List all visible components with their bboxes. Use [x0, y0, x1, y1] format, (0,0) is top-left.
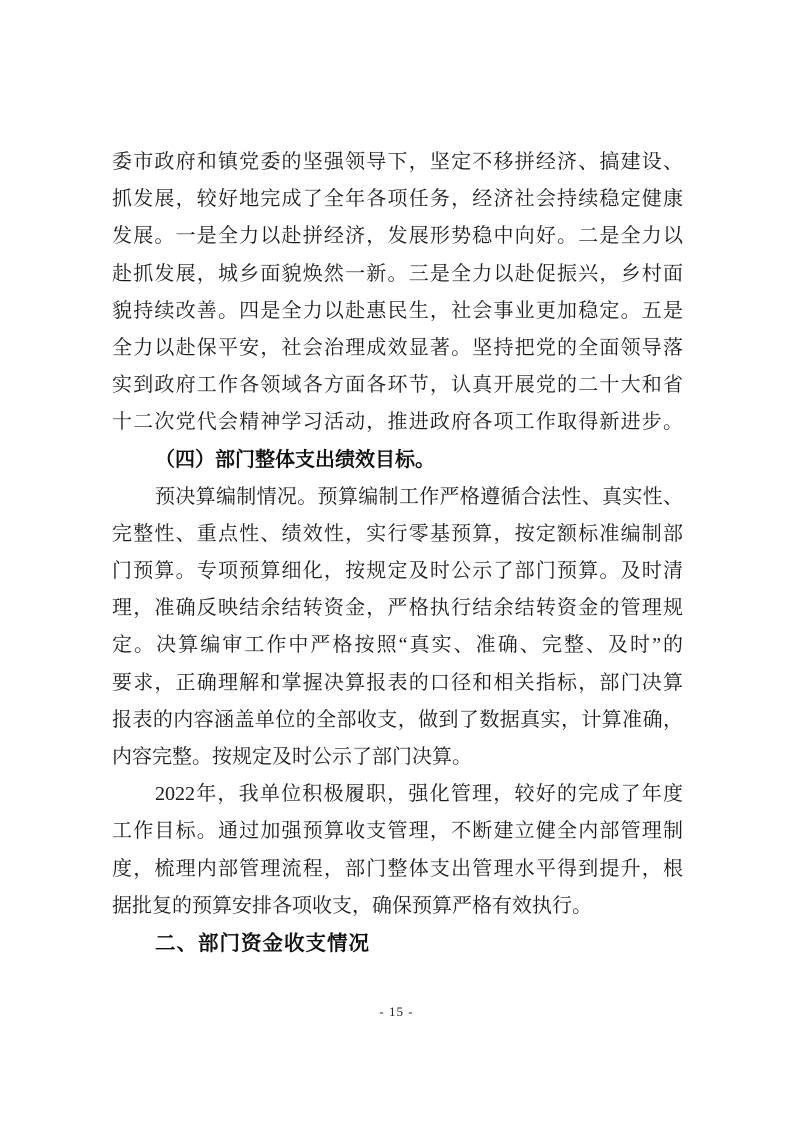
text-line: 委市政府和镇党委的坚强领导下，坚定不移拼经济、搞建设、 [112, 144, 683, 181]
page-number: - 15 - [0, 1004, 793, 1020]
document-page: 委市政府和镇党委的坚强领导下，坚定不移拼经济、搞建设、抓发展，较好地完成了全年各… [0, 0, 793, 1122]
text-line: 赴抓发展，城乡面貌焕然一新。三是全力以赴促振兴，乡村面 [112, 256, 683, 293]
section-heading: 二、部门资金收支情况 [112, 925, 683, 962]
text-line: 实到政府工作各领域各方面各环节，认真开展党的二十大和省 [112, 367, 683, 404]
text-line: 完整性、重点性、绩效性，实行零基预算，按定额标准编制部 [112, 516, 683, 553]
text-line: 全力以赴保平安，社会治理成效显著。坚持把党的全面领导落 [112, 330, 683, 367]
text-line: 2022年，我单位积极履职，强化管理，较好的完成了年度 [112, 776, 683, 813]
text-line: 要求，正确理解和掌握决算报表的口径和相关指标，部门决算 [112, 665, 683, 702]
text-line: 据批复的预算安排各项收支，确保预算严格有效执行。 [112, 888, 683, 925]
text-line: 工作目标。通过加强预算收支管理，不断建立健全内部管理制 [112, 813, 683, 850]
text-line: 发展。一是全力以赴拼经济，发展形势稳中向好。二是全力以 [112, 218, 683, 255]
section-heading: （四）部门整体支出绩效目标。 [112, 442, 683, 479]
text-line: 十二次党代会精神学习活动，推进政府各项工作取得新进步。 [112, 404, 683, 441]
document-text-block: 委市政府和镇党委的坚强领导下，坚定不移拼经济、搞建设、抓发展，较好地完成了全年各… [112, 144, 683, 962]
text-line: 理，准确反映结余结转资金，严格执行结余结转资金的管理规 [112, 590, 683, 627]
text-line: 定。决算编审工作中严格按照“真实、准确、完整、及时”的 [112, 627, 683, 664]
text-line: 门预算。专项预算细化，按规定及时公示了部门预算。及时清 [112, 553, 683, 590]
text-line: 度，梳理内部管理流程，部门整体支出管理水平得到提升，根 [112, 851, 683, 888]
text-line: 报表的内容涵盖单位的全部收支，做到了数据真实，计算准确， [112, 702, 683, 739]
text-line: 预决算编制情况。预算编制工作严格遵循合法性、真实性、 [112, 479, 683, 516]
text-line: 抓发展，较好地完成了全年各项任务，经济社会持续稳定健康 [112, 181, 683, 218]
text-line: 内容完整。按规定及时公示了部门决算。 [112, 739, 683, 776]
text-line: 貌持续改善。四是全力以赴惠民生，社会事业更加稳定。五是 [112, 293, 683, 330]
